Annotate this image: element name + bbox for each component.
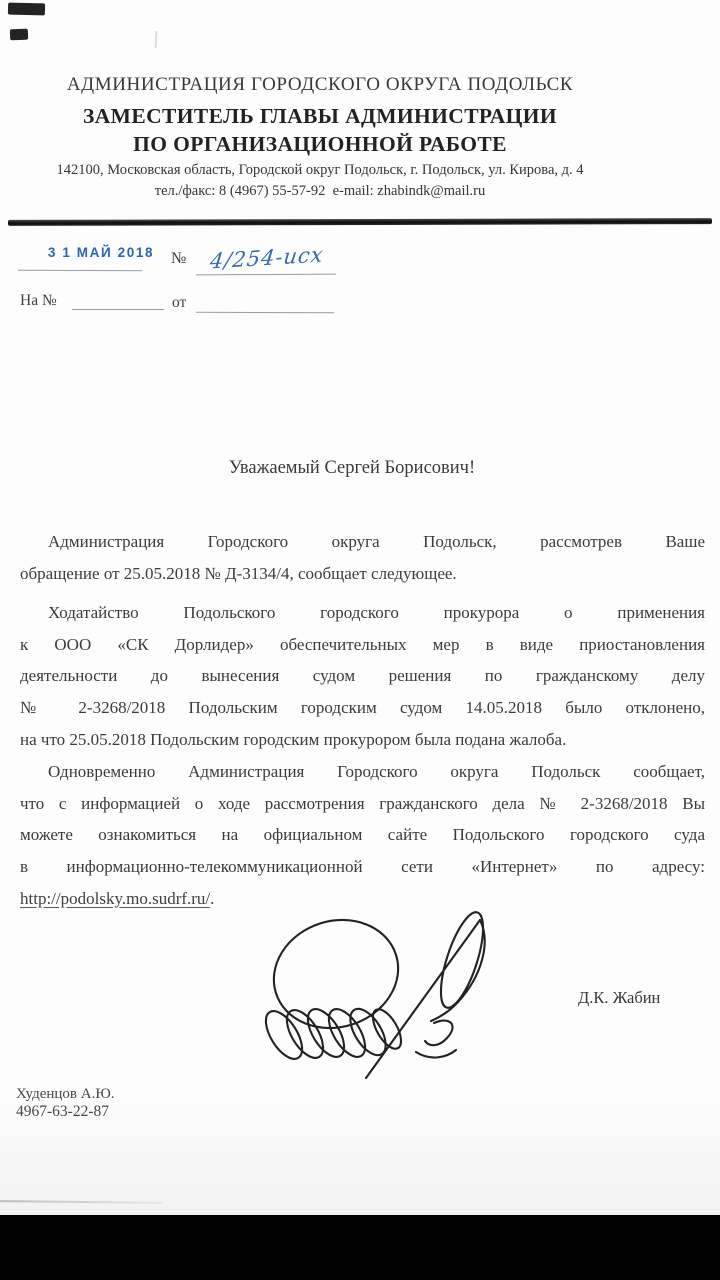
body-line: в информационно-телекоммуникационной сет… [20,851,705,883]
body-line: Ходатайство Подольского городского проку… [20,597,705,629]
number-underline [196,274,336,276]
reply-number-label: На № [20,292,57,310]
body-line: деятельности до вынесения судом решения … [20,660,705,692]
signature-scrawl [248,902,518,1080]
salutation: Уважаемый Сергей Борисович! [20,458,684,479]
body-line: Администрация Городского округа Подольск… [20,526,705,558]
scan-artifact-mark [8,3,45,16]
scan-scratch [155,31,158,48]
reply-from-underline [196,312,334,313]
body-line: что с информацией о ходе рассмотрения гр… [20,788,705,820]
reply-number-underline [72,309,164,310]
date-stamp: 3 1 МАЙ 2018 [36,245,166,260]
official-title-line-1: ЗАМЕСТИТЕЛЬ ГЛАВЫ АДМИНИСТРАЦИИ [10,104,630,129]
letterhead-divider-rule [8,218,712,226]
letter-body: Администрация Городского округа Подольск… [20,526,705,914]
link-suffix: . [210,889,214,908]
executor-block: Худенцов А.Ю. 4967-63-22-87 [16,1085,115,1121]
signatory-name: Д.К. Жабин [578,988,660,1008]
organization-name: АДМИНИСТРАЦИЯ ГОРОДСКОГО ОКРУГА ПОДОЛЬСК [10,74,630,96]
body-line: можете ознакомиться на официальном сайте… [20,819,705,851]
scan-artifact-mark [10,29,28,41]
handwritten-outgoing-number: 4/254-исх [209,242,325,273]
court-site-link: http://podolsky.mo.sudrf.ru/ [20,889,210,908]
reply-from-label: от [172,294,186,312]
letterhead-contacts: тел./факс: 8 (4967) 55-57-92 e-mail: zha… [0,183,640,200]
executor-name: Худенцов А.Ю. [16,1085,115,1103]
body-line: № 2-3268/2018 Подольским городским судом… [20,692,705,724]
number-label: № [171,250,186,268]
executor-phone: 4967-63-22-87 [16,1103,115,1121]
body-line: обращение от 25.05.2018 № Д-3134/4, сооб… [20,558,705,590]
body-line: Одновременно Администрация Городского ок… [20,756,705,788]
letterhead-address: 142100, Московская область, Городской ок… [0,162,640,179]
scanned-letter-page: АДМИНИСТРАЦИЯ ГОРОДСКОГО ОКРУГА ПОДОЛЬСК… [0,0,720,1280]
date-underline [18,270,142,271]
body-line: к ООО «СК Дорлидер» обеспечительных мер … [20,629,705,661]
body-line: на что 25.05.2018 Подольским городским п… [20,724,705,756]
official-title-line-2: ПО ОРГАНИЗАЦИОННОЙ РАБОТЕ [10,132,630,157]
paper-bottom-edge [0,1200,162,1204]
screen-letterbox-bar [0,1215,720,1280]
body-paragraphs: Администрация Городского округа Подольск… [20,526,705,883]
